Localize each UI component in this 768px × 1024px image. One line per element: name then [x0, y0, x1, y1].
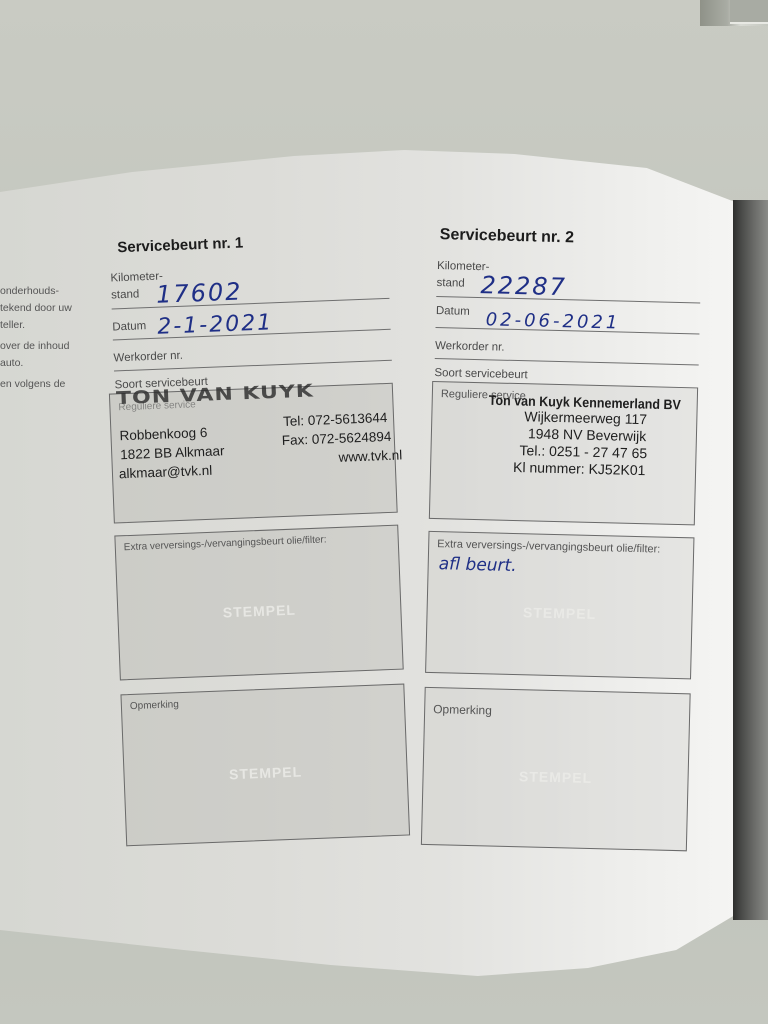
workorder-field[interactable]: Werkorder nr.	[435, 332, 700, 365]
fragment-line: teller.	[0, 317, 90, 334]
service-entry-1: Servicebeurt nr. 1 Kilometer- stand 1760…	[97, 229, 410, 847]
booklet-spine	[733, 200, 768, 920]
extra-service-label: Extra verversings-/vervangingsbeurt olie…	[437, 538, 660, 555]
extra-service-box[interactable]: Extra verversings-/vervangingsbeurt olie…	[114, 525, 403, 681]
stamp-address-2: 1822 BB Alkmaar	[120, 443, 225, 462]
stamp-placeholder: STEMPEL	[124, 760, 406, 787]
extra-service-label: Extra verversings-/vervangingsbeurt olie…	[124, 534, 327, 553]
remark-box[interactable]: Opmerking STEMPEL	[120, 684, 410, 847]
workorder-label: Werkorder nr.	[435, 332, 699, 361]
stamp-fax: Fax: 072-5624894	[282, 429, 392, 448]
remark-label: Opmerking	[130, 699, 179, 712]
left-page-fragment: onderhouds- tekend door uw teller. over …	[0, 283, 90, 393]
handwritten-note: afl beurt.	[438, 554, 516, 576]
background-object	[700, 0, 768, 26]
mileage-value: 22287	[480, 271, 567, 301]
fragment-line: auto.	[0, 355, 90, 372]
stamp-email: alkmaar@tvk.nl	[119, 463, 213, 482]
extra-service-box[interactable]: Extra verversings-/vervangingsbeurt olie…	[425, 531, 694, 679]
fragment-line: en volgens de	[0, 376, 90, 393]
date-value: 2-1-2021	[157, 310, 274, 339]
stamp-placeholder: STEMPEL	[427, 602, 691, 624]
fragment-line: over de inhoud	[0, 338, 90, 355]
service-type-box[interactable]: Reguliere service Ton van Kuyk Kennemerl…	[429, 381, 698, 525]
stamp-placeholder: STEMPEL	[423, 766, 687, 788]
stamp-placeholder: STEMPEL	[118, 597, 400, 624]
remark-box[interactable]: Opmerking STEMPEL	[421, 687, 691, 851]
fragment-line: onderhouds-	[0, 283, 90, 300]
fragment-line: tekend door uw	[0, 300, 90, 317]
remark-label: Opmerking	[433, 702, 492, 717]
mileage-field[interactable]: Kilometer- stand 22287	[436, 258, 701, 303]
dealer-stamp: Ton van Kuyk Kennemerland BV Wijkermeerw…	[487, 393, 681, 480]
stamp-kl-number: Kl nummer: KJ52K01	[487, 458, 680, 480]
service-type-box[interactable]: Reguliere service TON VAN KUYK Robbenkoo…	[109, 383, 398, 524]
stamp-tel: Tel: 072-5613644	[283, 410, 388, 429]
stamp-web: www.tvk.nl	[338, 447, 402, 464]
service-entry-2: Servicebeurt nr. 2 Kilometer- stand 2228…	[421, 226, 702, 851]
mileage-value: 17602	[156, 277, 243, 308]
date-value: 02-06-2021	[485, 309, 620, 333]
workorder-field[interactable]: Werkorder nr.	[113, 334, 392, 372]
stamp-address-1: Robbenkoog 6	[119, 425, 207, 443]
date-field[interactable]: Datum 02-06-2021	[436, 299, 701, 334]
